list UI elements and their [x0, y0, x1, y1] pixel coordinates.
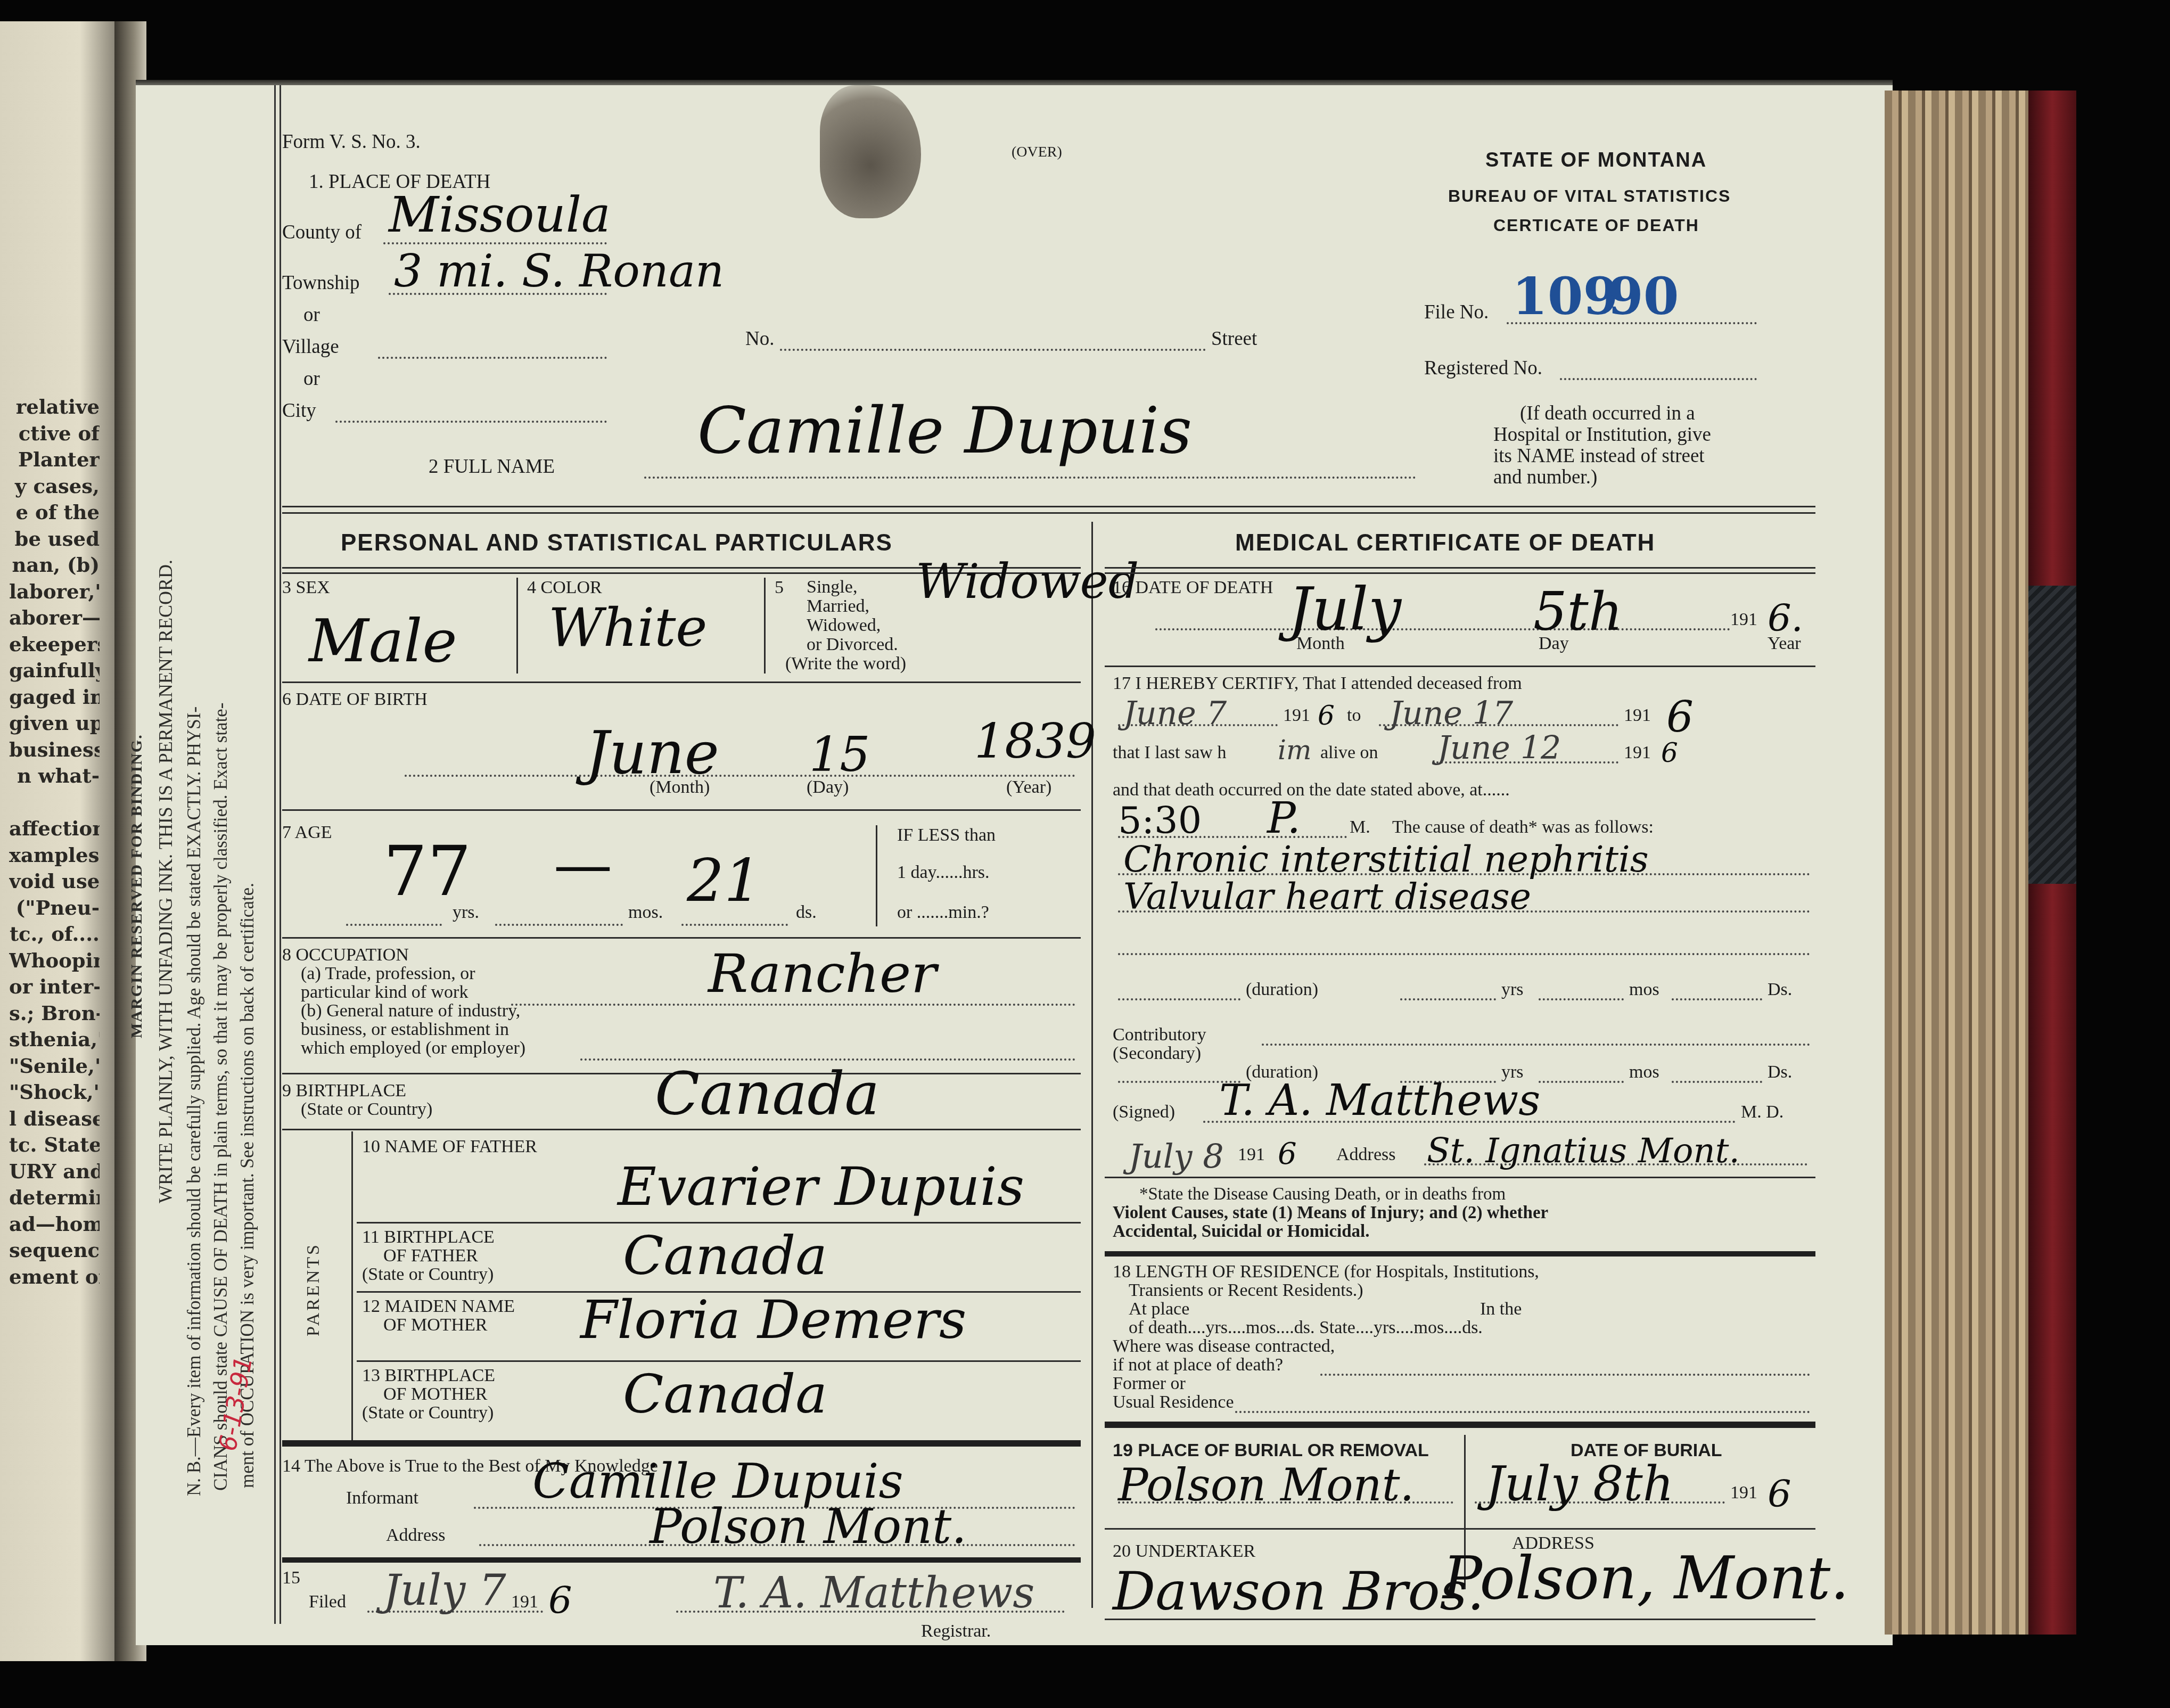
left-page-line: tc., of.... [9, 921, 100, 948]
filed-number: 15 [282, 1568, 300, 1588]
sex-value: Male [309, 607, 457, 675]
death-certificate-form: Form V. S. No. 3. (OVER) 1. PLACE OF DEA… [282, 96, 1815, 1619]
divider [1105, 666, 1815, 667]
file-no-part-1: 109 [1512, 266, 1618, 326]
age-months: — [554, 831, 612, 899]
parents-side-label: PARENTS [303, 1243, 324, 1336]
cause-line-1-value: Chronic interstitial nephritis [1123, 839, 1649, 881]
occupation-value: Rancher [708, 942, 936, 1005]
occupation-label: 8 OCCUPATION [282, 945, 409, 965]
mother-birthplace-label-3: (State or Country) [362, 1403, 494, 1423]
birthplace-sub: (State or Country) [301, 1099, 432, 1120]
or-label-1: or [303, 303, 320, 326]
month-caption: Month [1296, 634, 1345, 654]
marital-value: Widowed [916, 554, 1139, 610]
residence-durations: of death....yrs....mos....ds. State....y… [1129, 1318, 1483, 1338]
left-page-line: ctive of [9, 421, 100, 447]
mother-maiden-value: Floria Demers [580, 1288, 966, 1351]
age-yrs-label: yrs. [453, 902, 479, 923]
divider [1105, 1619, 1815, 1620]
doctor-address-label: Address [1336, 1145, 1395, 1165]
cover-band [2028, 586, 2076, 884]
duration-2-ds-label: Ds. [1768, 1062, 1792, 1082]
left-page-line: ement of [9, 1264, 100, 1291]
parents-divider [351, 1131, 353, 1446]
street-label: Street [1211, 327, 1257, 350]
left-page-line: ad—homi- [9, 1211, 100, 1238]
left-page-line: "Senile," [9, 1053, 100, 1080]
father-birthplace-label-2: OF FATHER [383, 1246, 478, 1266]
mother-birthplace-value: Canada [623, 1363, 827, 1425]
marital-option-widowed: Widowed, [807, 616, 906, 635]
registered-no-label: Registered No. [1424, 357, 1542, 380]
duration-2-mos-label: mos [1629, 1062, 1659, 1082]
attended-from-year-suffix: 6 [1318, 700, 1335, 731]
certificate-title: CERTICATE OF DEATH [1493, 216, 1699, 235]
divider [282, 512, 1815, 514]
state-title: STATE OF MONTANA [1485, 149, 1707, 172]
file-no-part-2: 90 [1608, 266, 1679, 326]
duration-ds-label: Ds. [1768, 980, 1792, 1000]
city-label: City [282, 399, 316, 422]
age-days-field[interactable] [681, 924, 788, 926]
age-months-field[interactable] [495, 924, 623, 926]
occupation-b-line-3: which employed (or employer) [301, 1038, 525, 1058]
m-label: M. [1350, 817, 1370, 837]
duration-field[interactable] [1118, 998, 1240, 1000]
where-contracted-1: Where was disease contracted, [1113, 1336, 1335, 1357]
left-page-line: relative [9, 394, 100, 421]
marital-options: Single, Married, Widowed, or Divorced. (… [807, 578, 906, 674]
occurred-line: and that death occurred on the date stat… [1113, 780, 1510, 800]
father-birthplace-value: Canada [623, 1225, 827, 1287]
age-days: 21 [687, 847, 761, 915]
age-mos-label: mos. [628, 902, 663, 923]
former-residence-field[interactable] [1235, 1411, 1810, 1413]
birthplace-label: 9 BIRTHPLACE [282, 1081, 406, 1101]
in-the-label: In the [1480, 1299, 1522, 1319]
left-page-line: s.; Bron- [9, 1000, 100, 1027]
filed-year-prefix: 191 [511, 1592, 538, 1612]
margin-nb-line-1: N. B.—Every item of information should b… [184, 707, 205, 1496]
divider [1105, 572, 1815, 574]
mother-birthplace-label-2: OF MOTHER [383, 1384, 488, 1405]
dob-month: June [586, 719, 719, 787]
mother-maiden-label-2: OF MOTHER [383, 1315, 488, 1335]
footnote-line-1: *State the Disease Causing Death, or in … [1139, 1185, 1506, 1204]
date-of-death-label: 16 DATE OF DEATH [1113, 578, 1273, 598]
md-label: M. D. [1741, 1102, 1783, 1122]
occupation-a-line-2: particular kind of work [301, 982, 468, 1003]
occupation-b-line-1: (b) General nature of industry, [301, 1001, 520, 1021]
former-residence-1: Former or [1113, 1374, 1186, 1394]
signed-label: (Signed) [1113, 1102, 1175, 1122]
signed-value: T. A. Matthews [1219, 1075, 1540, 1125]
age-years: 77 [383, 831, 471, 912]
informant-label: Informant [346, 1488, 418, 1508]
divider [282, 681, 1081, 683]
form-number: Form V. S. No. 3. [282, 130, 421, 153]
where-contracted-2: if not at place of death? [1113, 1355, 1283, 1375]
hospital-note-3: its NAME instead of street [1493, 445, 1705, 467]
cause-label: The cause of death* was as follows: [1392, 817, 1654, 837]
undertaker-value: Dawson Bros. [1113, 1560, 1484, 1622]
sign-date-value: July 8 [1129, 1137, 1224, 1176]
cell-divider [876, 825, 877, 926]
medical-section-title: MEDICAL CERTIFICATE OF DEATH [1235, 530, 1655, 556]
date-of-death-field[interactable] [1155, 628, 1730, 630]
attended-to-value: June 17 [1390, 695, 1513, 732]
personal-section-title: PERSONAL AND STATISTICAL PARTICULARS [341, 530, 893, 556]
dob-month-caption: (Month) [650, 777, 710, 798]
color-label: 4 COLOR [527, 578, 602, 598]
left-page-line: tc. State [9, 1132, 100, 1159]
contributory-field[interactable] [1262, 1044, 1810, 1046]
last-saw-year-prefix: 191 [1624, 743, 1651, 763]
left-facing-page: relativective ofPlantery cases,e of theb… [0, 21, 114, 1661]
divider [282, 937, 1081, 939]
father-name-value: Evarier Dupuis [618, 1155, 1024, 1218]
left-page-line: or inter- [9, 974, 100, 1000]
footnote-line-2: Violent Causes, state (1) Means of Injur… [1113, 1203, 1548, 1223]
divider [357, 1360, 1081, 1362]
age-label: 7 AGE [282, 823, 332, 843]
cell-divider [516, 578, 518, 674]
cell-divider [764, 578, 766, 674]
left-page-line: Planter [9, 447, 100, 473]
dob-day-caption: (Day) [807, 777, 849, 798]
left-page-line: n what- [9, 763, 100, 790]
left-page-line: be used [9, 526, 100, 553]
margin-rule [274, 85, 276, 1624]
village-field[interactable] [378, 357, 607, 359]
ink-blot [820, 85, 921, 218]
left-page-line: business, [9, 737, 100, 763]
father-birthplace-label-3: (State or Country) [362, 1264, 494, 1285]
dob-year: 1839 [974, 713, 1096, 769]
left-page-line: e of the [9, 499, 100, 526]
left-page-line: sequences, [9, 1237, 100, 1264]
father-name-label: 10 NAME OF FATHER [362, 1137, 537, 1157]
residence-line-2: Transients or Recent Residents.) [1129, 1280, 1363, 1301]
dob-day: 15 [809, 727, 870, 783]
page-edges [1885, 91, 2044, 1635]
undertaker-label: 20 UNDERTAKER [1113, 1541, 1255, 1562]
thick-divider [1105, 1422, 1815, 1428]
left-page-line: nan, (b) [9, 552, 100, 579]
left-page-line: ("Pneu- [9, 895, 100, 922]
over-note: (OVER) [1012, 144, 1062, 161]
sign-year-suffix: 6 [1278, 1137, 1297, 1171]
township-value: 3 mi. S. Ronan [394, 245, 724, 297]
township-label: Township [282, 272, 359, 294]
attended-to-year-prefix: 191 [1624, 705, 1651, 726]
left-page-line: Whooping [9, 948, 100, 974]
duration-mos-field[interactable] [1539, 998, 1624, 1000]
attended-from-year-prefix: 191 [1283, 705, 1310, 726]
duration-yrs-field[interactable] [1400, 998, 1496, 1000]
left-page-line: void use [9, 868, 100, 895]
if-less-line-3: or .......min.? [897, 902, 989, 923]
left-page-line: l diseases [9, 1106, 100, 1132]
last-saw-prefix: that I last saw h [1113, 743, 1226, 763]
dob-field[interactable] [405, 775, 1075, 777]
at-place-label: At place [1129, 1299, 1189, 1319]
mother-maiden-label-1: 12 MAIDEN NAME [362, 1296, 515, 1317]
duration-yrs-label: yrs [1501, 980, 1524, 1000]
file-no-label: File No. [1424, 301, 1489, 324]
year-caption: Year [1768, 634, 1801, 654]
margin-binding-note: MARGIN RESERVED FOR BINDING. [128, 734, 146, 1038]
age-ds-label: ds. [796, 902, 817, 923]
thick-divider [1105, 1251, 1815, 1257]
marital-option-single: Single, [807, 578, 906, 597]
residence-line-1: 18 LENGTH OF RESIDENCE (for Hospitals, I… [1113, 1262, 1539, 1282]
certify-line: 17 I HEREBY CERTIFY, That I attended dec… [1113, 674, 1522, 694]
sex-label: 3 SEX [282, 578, 330, 598]
former-residence-2: Usual Residence [1113, 1392, 1234, 1413]
mother-birthplace-label-1: 13 BIRTHPLACE [362, 1366, 495, 1386]
burial-place-label: 19 PLACE OF BURIAL OR REMOVAL [1113, 1440, 1429, 1461]
am-pm-value: P. [1267, 793, 1301, 843]
if-less-line-2: 1 day......hrs. [897, 863, 989, 883]
city-field[interactable] [335, 421, 607, 423]
left-page-line: determine [9, 1185, 100, 1211]
marital-option-married: Married, [807, 597, 906, 616]
hospital-note-4: and number.) [1493, 466, 1597, 489]
sign-year-prefix: 191 [1238, 1145, 1265, 1165]
left-page-line: affection [9, 816, 100, 842]
divider [1105, 1177, 1815, 1178]
doctor-address-value: St. Ignatius Mont. [1427, 1131, 1740, 1171]
left-page-line: aborer— [9, 605, 100, 631]
birthplace-value: Canada [655, 1060, 879, 1128]
age-years-field[interactable] [346, 924, 442, 926]
last-saw-date: June 12 [1437, 729, 1561, 767]
marital-instruction: (Write the word) [785, 654, 906, 674]
registrar-label: Registrar. [921, 1621, 991, 1641]
day-caption: Day [1539, 634, 1569, 654]
divider [282, 1129, 1081, 1130]
left-page-text: relativective ofPlantery cases,e of theb… [9, 394, 100, 1290]
left-page-line: given up [9, 710, 100, 737]
hospital-note-2: Hospital or Institution, give [1493, 423, 1711, 446]
cause-line-2-value: Valvular heart disease [1123, 876, 1531, 918]
village-label: Village [282, 335, 339, 358]
thick-divider [282, 1557, 1081, 1563]
filed-date-value: July 7 [383, 1565, 506, 1615]
left-page-line: ekeepers [9, 631, 100, 658]
full-name-label: 2 FULL NAME [429, 455, 555, 478]
full-name-field[interactable] [644, 477, 1416, 479]
occupation-b-line-2: business, or establishment in [301, 1020, 509, 1040]
left-page-line: gaged in [9, 684, 100, 711]
last-saw-pronoun: im [1278, 735, 1311, 766]
informant-address-label: Address [386, 1525, 445, 1546]
if-less-line-1: IF LESS than [897, 825, 996, 845]
date-of-death-year-prefix: 191 [1730, 610, 1757, 630]
county-value: Missoula [389, 186, 611, 243]
burial-year-prefix: 191 [1730, 1483, 1757, 1503]
margin-rule-inner [280, 85, 281, 1624]
undertaker-address-value: Polson, Mont. [1443, 1544, 1849, 1612]
where-contracted-field[interactable] [1320, 1374, 1810, 1376]
left-page-line: sthenia," [9, 1027, 100, 1053]
filed-year-suffix: 6 [548, 1579, 572, 1622]
attended-to-year-suffix: 6 [1666, 692, 1694, 742]
duration-2-mos-field[interactable] [1539, 1081, 1624, 1083]
registered-no-field[interactable] [1560, 378, 1757, 380]
left-page-line: URY and [9, 1159, 100, 1185]
divider [282, 809, 1081, 811]
secondary-label: (Secondary) [1113, 1044, 1201, 1064]
registrar-value: T. A. Matthews [713, 1568, 1034, 1617]
street-no-field[interactable] [780, 349, 1206, 351]
burial-year-suffix: 6 [1768, 1472, 1791, 1516]
street-no-label: No. [745, 327, 774, 350]
color-value: White [548, 596, 708, 659]
duration-label: (duration) [1246, 980, 1318, 1000]
last-saw-year-suffix: 6 [1661, 737, 1678, 768]
margin-write-plainly: WRITE PLAINLY, WITH UNFADING INK. THIS I… [154, 560, 177, 1203]
divider [1105, 1528, 1815, 1530]
left-page-line: "Shock," [9, 1079, 100, 1106]
left-page-line: y cases, [9, 473, 100, 500]
attended-from-value: June 7 [1123, 695, 1227, 732]
occupation-a-line-1: (a) Trade, profession, or [301, 964, 475, 984]
divider [357, 1222, 1081, 1223]
hospital-note-1: (If death occurred in a [1520, 402, 1695, 425]
dob-year-caption: (Year) [1006, 777, 1051, 798]
bureau-title: BUREAU OF VITAL STATISTICS [1448, 186, 1731, 206]
left-page-line [9, 790, 100, 816]
footnote-line-3: Accidental, Suicidal or Homicidal. [1113, 1222, 1369, 1242]
center-divider [1091, 522, 1093, 1608]
contributory-label: Contributory [1113, 1025, 1206, 1045]
time-of-death-value: 5:30 [1118, 799, 1202, 842]
left-page-line: laborer," [9, 579, 100, 605]
full-name-value: Camille Dupuis [697, 394, 1192, 468]
cause-line-3-field[interactable] [1118, 953, 1810, 955]
informant-address-value: Polson Mont. [650, 1499, 967, 1555]
county-label: County of [282, 221, 361, 244]
last-saw-suffix: alive on [1320, 743, 1378, 763]
date-of-death-month: July [1288, 575, 1401, 643]
thick-divider [282, 1440, 1081, 1447]
dob-label: 6 DATE OF BIRTH [282, 689, 428, 710]
filed-label: Filed [309, 1592, 346, 1612]
divider [282, 506, 1815, 507]
duration-2-ds-field[interactable] [1672, 1081, 1762, 1083]
divider [1105, 567, 1815, 569]
to-label: to [1347, 705, 1361, 726]
or-label-2: or [303, 367, 320, 390]
duration-ds-field[interactable] [1672, 998, 1762, 1000]
burial-date-value: July 8th [1485, 1456, 1674, 1512]
father-birthplace-label-1: 11 BIRTHPLACE [362, 1227, 495, 1247]
duration-mos-label: mos [1629, 980, 1659, 1000]
marital-number: 5 [775, 578, 784, 598]
left-page-line: gainfully [9, 658, 100, 684]
left-page-line: xamples: [9, 842, 100, 869]
burial-place-value: Polson Mont. [1118, 1459, 1414, 1511]
marital-option-divorced: or Divorced. [807, 635, 906, 654]
